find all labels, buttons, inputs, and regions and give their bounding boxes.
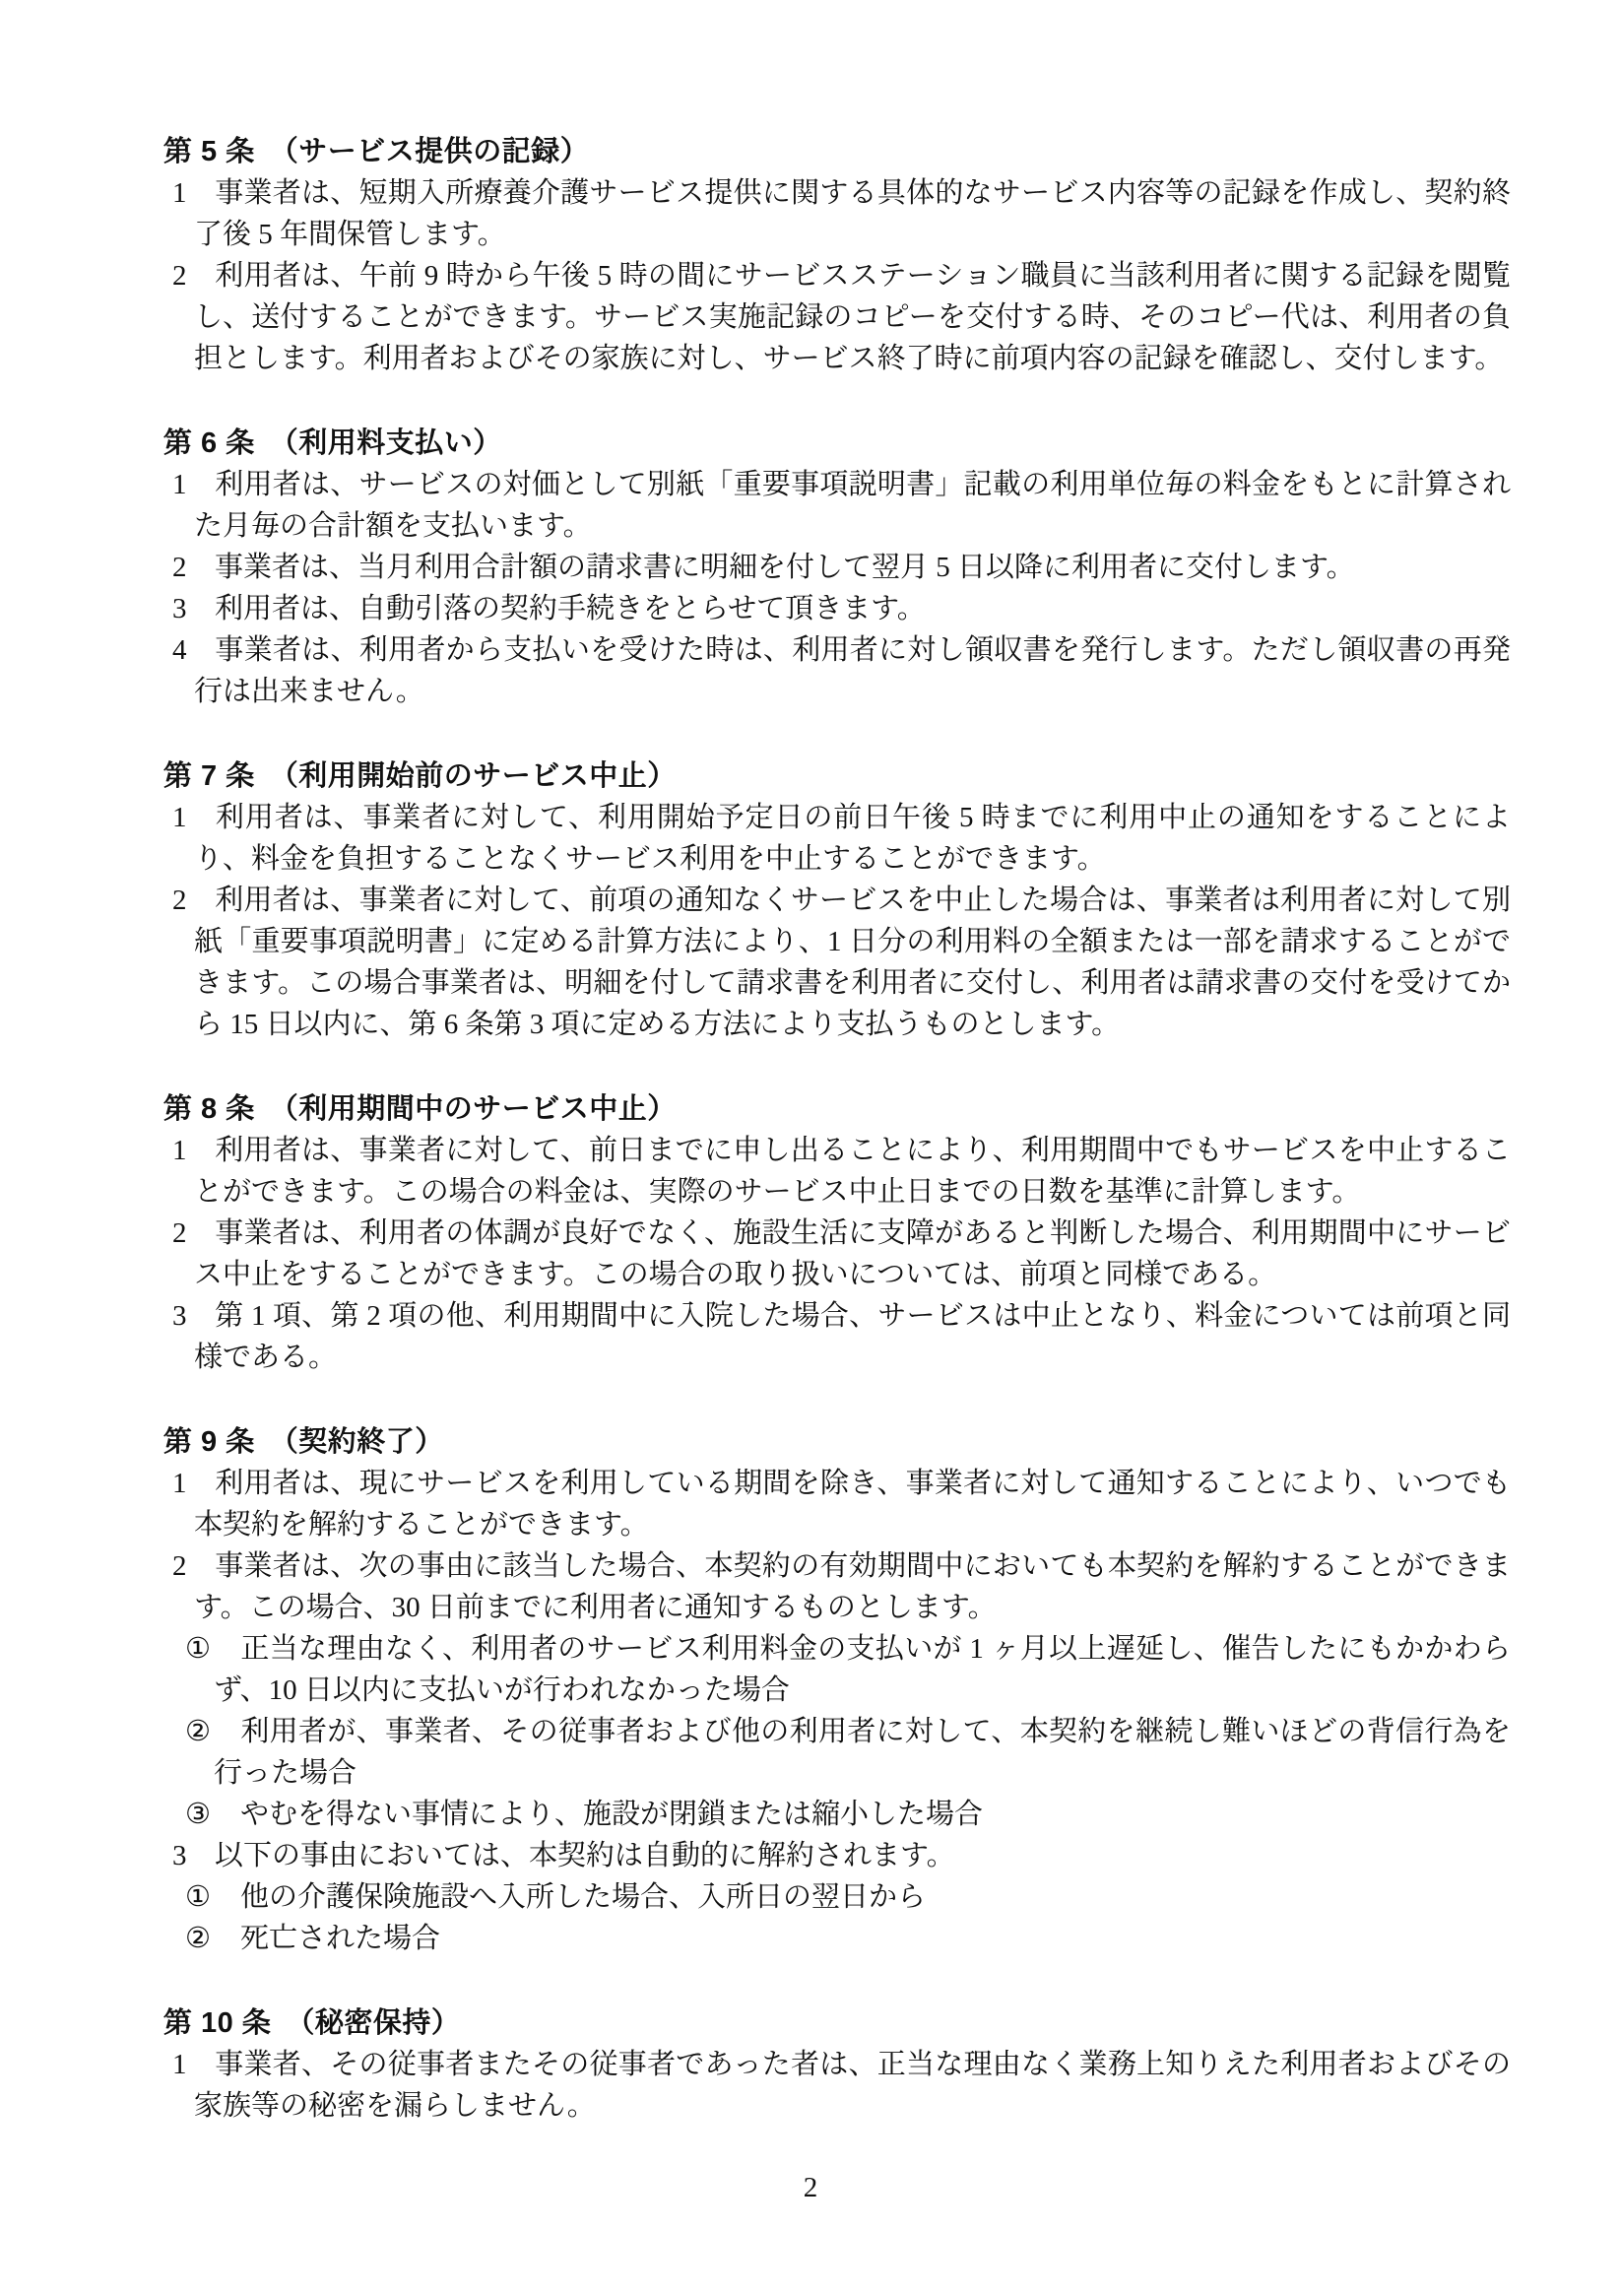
article-heading: 第 8 条 （利用期間中のサービス中止） bbox=[163, 1088, 1511, 1130]
article-clauses: 1利用者は、事業者に対して、利用開始予定日の前日午後 5 時までに利用中止の通知… bbox=[163, 797, 1511, 1045]
article-clauses: 1事業者は、短期入所療養介護サービス提供に関する具体的なサービス内容等の記録を作… bbox=[163, 172, 1511, 379]
clause-text: 利用者は、事業者に対して、前項の通知なくサービスを中止した場合は、事業者は利用者… bbox=[194, 885, 1511, 1040]
clause-number: 3 bbox=[172, 588, 215, 629]
article-clause: ③やむを得ない事情により、施設が閉鎖または縮小した場合 bbox=[185, 1794, 1511, 1835]
clause-number: ② bbox=[185, 1918, 240, 1959]
article-clause: 4事業者は、利用者から支払いを受けた時は、利用者に対し領収書を発行します。ただし… bbox=[172, 629, 1511, 712]
clause-number: 3 bbox=[172, 1295, 215, 1337]
clause-text: 事業者は、短期入所療養介護サービス提供に関する具体的なサービス内容等の記録を作成… bbox=[194, 177, 1511, 250]
clause-number: 1 bbox=[172, 1463, 215, 1504]
article-clauses: 1利用者は、事業者に対して、前日までに申し出ることにより、利用期間中でもサービス… bbox=[163, 1130, 1511, 1378]
contract-article: 第 5 条 （サービス提供の記録） 1事業者は、短期入所療養介護サービス提供に関… bbox=[163, 131, 1511, 379]
article-clause: ①正当な理由なく、利用者のサービス利用料金の支払いが 1 ヶ月以上遅延し、催告し… bbox=[185, 1628, 1511, 1711]
clause-text: 事業者は、利用者の体調が良好でなく、施設生活に支障があると判断した場合、利用期間… bbox=[194, 1217, 1511, 1290]
clause-text: 利用者は、事業者に対して、前日までに申し出ることにより、利用期間中でもサービスを… bbox=[194, 1135, 1511, 1208]
document-page: 第 5 条 （サービス提供の記録） 1事業者は、短期入所療養介護サービス提供に関… bbox=[0, 0, 1621, 2296]
clause-number: 3 bbox=[172, 1835, 215, 1876]
article-clause: ①他の介護保険施設へ入所した場合、入所日の翌日から bbox=[185, 1876, 1511, 1918]
clause-text: 死亡された場合 bbox=[240, 1923, 440, 1954]
article-clause: 3第 1 項、第 2 項の他、利用期間中に入院した場合、サービスは中止となり、料… bbox=[172, 1295, 1511, 1378]
article-clauses: 1利用者は、サービスの対価として別紙「重要事項説明書」記載の利用単位毎の料金をも… bbox=[163, 464, 1511, 712]
clause-number: 1 bbox=[172, 2044, 215, 2085]
article-clause: 1事業者は、短期入所療養介護サービス提供に関する具体的なサービス内容等の記録を作… bbox=[172, 172, 1511, 255]
clause-number: 2 bbox=[172, 255, 215, 296]
clause-number: 1 bbox=[172, 797, 215, 838]
article-clause: 1利用者は、事業者に対して、利用開始予定日の前日午後 5 時までに利用中止の通知… bbox=[172, 797, 1511, 880]
clause-text: 利用者が、事業者、その従事者および他の利用者に対して、本契約を継続し難いほどの背… bbox=[214, 1716, 1511, 1789]
article-clause: 1利用者は、現にサービスを利用している期間を除き、事業者に対して通知することによ… bbox=[172, 1463, 1511, 1545]
article-heading: 第 10 条 （秘密保持） bbox=[163, 2002, 1511, 2044]
article-clauses: 1利用者は、現にサービスを利用している期間を除き、事業者に対して通知することによ… bbox=[163, 1463, 1511, 1959]
contract-article: 第 6 条 （利用料支払い） 1利用者は、サービスの対価として別紙「重要事項説明… bbox=[163, 423, 1511, 712]
clause-number: 2 bbox=[172, 547, 215, 588]
clause-text: 事業者は、当月利用合計額の請求書に明細を付して翌月 5 日以降に利用者に交付しま… bbox=[215, 552, 1355, 583]
article-heading: 第 9 条 （契約終了） bbox=[163, 1421, 1511, 1463]
article-heading: 第 6 条 （利用料支払い） bbox=[163, 423, 1511, 464]
article-clause: 2利用者は、午前 9 時から午後 5 時の間にサービスステーション職員に当該利用… bbox=[172, 255, 1511, 379]
article-clause: 2事業者は、当月利用合計額の請求書に明細を付して翌月 5 日以降に利用者に交付し… bbox=[172, 547, 1511, 588]
clause-text: 事業者、その従事者またその従事者であった者は、正当な理由なく業務上知りえた利用者… bbox=[194, 2049, 1511, 2122]
clause-text: 以下の事由においては、本契約は自動的に解約されます。 bbox=[215, 1840, 955, 1871]
clause-number: ② bbox=[185, 1711, 240, 1752]
article-clause: 1事業者、その従事者またその従事者であった者は、正当な理由なく業務上知りえた利用… bbox=[172, 2044, 1511, 2127]
clause-text: 利用者は、自動引落の契約手続きをとらせて頂きます。 bbox=[215, 593, 926, 624]
clause-text: 利用者は、事業者に対して、利用開始予定日の前日午後 5 時までに利用中止の通知を… bbox=[194, 802, 1511, 875]
article-clause: ②利用者が、事業者、その従事者および他の利用者に対して、本契約を継続し難いほどの… bbox=[185, 1711, 1511, 1794]
article-heading: 第 7 条 （利用開始前のサービス中止） bbox=[163, 755, 1511, 797]
article-heading: 第 5 条 （サービス提供の記録） bbox=[163, 131, 1511, 172]
clause-number: 2 bbox=[172, 1545, 215, 1587]
contract-body: 第 5 条 （サービス提供の記録） 1事業者は、短期入所療養介護サービス提供に関… bbox=[163, 131, 1511, 2170]
clause-text: 利用者は、現にサービスを利用している期間を除き、事業者に対して通知することにより… bbox=[194, 1468, 1511, 1541]
article-clause: 1利用者は、サービスの対価として別紙「重要事項説明書」記載の利用単位毎の料金をも… bbox=[172, 464, 1511, 547]
clause-number: 1 bbox=[172, 172, 215, 214]
clause-text: 正当な理由なく、利用者のサービス利用料金の支払いが 1 ヶ月以上遅延し、催告した… bbox=[214, 1633, 1511, 1706]
clause-number: ① bbox=[185, 1876, 240, 1918]
article-clause: ②死亡された場合 bbox=[185, 1918, 1511, 1959]
article-clause: 2事業者は、利用者の体調が良好でなく、施設生活に支障があると判断した場合、利用期… bbox=[172, 1213, 1511, 1295]
clause-number: ① bbox=[185, 1628, 240, 1670]
article-clause: 1利用者は、事業者に対して、前日までに申し出ることにより、利用期間中でもサービス… bbox=[172, 1130, 1511, 1213]
article-clause: 3利用者は、自動引落の契約手続きをとらせて頂きます。 bbox=[172, 588, 1511, 629]
contract-article: 第 8 条 （利用期間中のサービス中止） 1利用者は、事業者に対して、前日までに… bbox=[163, 1088, 1511, 1378]
clause-number: 1 bbox=[172, 1130, 215, 1171]
contract-article: 第 7 条 （利用開始前のサービス中止） 1利用者は、事業者に対して、利用開始予… bbox=[163, 755, 1511, 1045]
clause-text: 利用者は、サービスの対価として別紙「重要事項説明書」記載の利用単位毎の料金をもと… bbox=[194, 469, 1511, 542]
clause-number: ③ bbox=[185, 1794, 240, 1835]
contract-article: 第 10 条 （秘密保持） 1事業者、その従事者またその従事者であった者は、正当… bbox=[163, 2002, 1511, 2127]
clause-text: 利用者は、午前 9 時から午後 5 時の間にサービスステーション職員に当該利用者… bbox=[194, 260, 1511, 374]
clause-number: 2 bbox=[172, 1213, 215, 1254]
article-clause: 3以下の事由においては、本契約は自動的に解約されます。 bbox=[172, 1835, 1511, 1876]
article-clauses: 1事業者、その従事者またその従事者であった者は、正当な理由なく業務上知りえた利用… bbox=[163, 2044, 1511, 2127]
clause-number: 4 bbox=[172, 629, 215, 671]
clause-text: 第 1 項、第 2 項の他、利用期間中に入院した場合、サービスは中止となり、料金… bbox=[194, 1300, 1511, 1373]
article-clause: 2利用者は、事業者に対して、前項の通知なくサービスを中止した場合は、事業者は利用… bbox=[172, 880, 1511, 1045]
clause-text: 事業者は、利用者から支払いを受けた時は、利用者に対し領収書を発行します。ただし領… bbox=[194, 634, 1511, 707]
contract-article: 第 9 条 （契約終了） 1利用者は、現にサービスを利用している期間を除き、事業… bbox=[163, 1421, 1511, 1959]
clause-text: やむを得ない事情により、施設が閉鎖または縮小した場合 bbox=[240, 1799, 983, 1830]
clause-number: 2 bbox=[172, 880, 215, 921]
clause-text: 事業者は、次の事由に該当した場合、本契約の有効期間中においても本契約を解約するこ… bbox=[194, 1550, 1511, 1623]
article-clause: 2事業者は、次の事由に該当した場合、本契約の有効期間中においても本契約を解約する… bbox=[172, 1545, 1511, 1628]
clause-text: 他の介護保険施設へ入所した場合、入所日の翌日から bbox=[240, 1881, 926, 1913]
page-number: 2 bbox=[0, 2167, 1621, 2208]
clause-number: 1 bbox=[172, 464, 215, 505]
